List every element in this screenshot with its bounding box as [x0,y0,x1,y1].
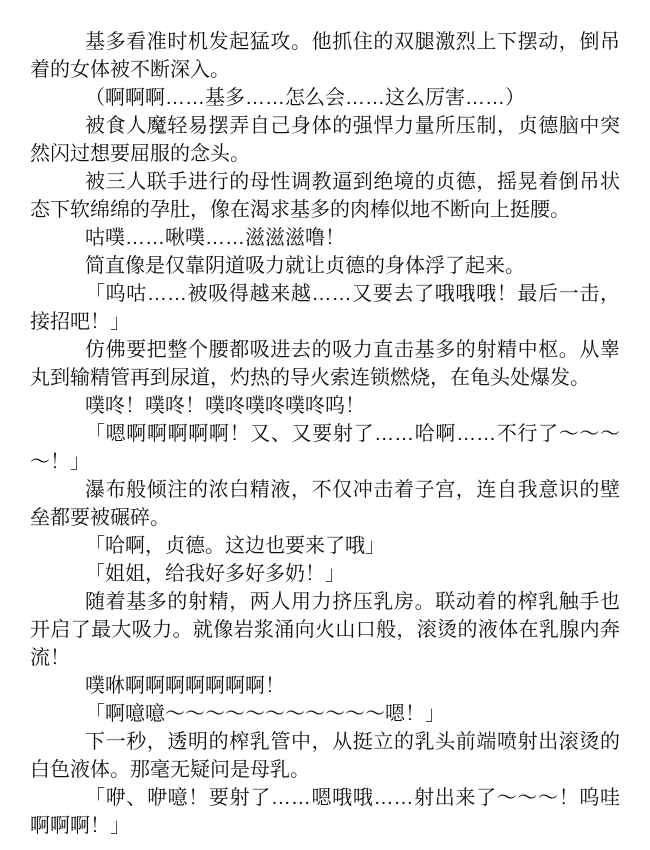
narration-paragraph: 随着基多的射精，两人用力挤压乳房。联动着的榨乳触手也开启了最大吸力。就像岩浆涌向… [30,588,620,672]
thought-paragraph: （啊啊啊……基多……怎么会……这么厉害……） [30,84,620,112]
dialogue-paragraph: 「咿、咿噫！要射了……嗯哦哦……射出来了～～～！呜哇啊啊啊！」 [30,784,620,840]
dialogue-paragraph: 「啊噫噫～～～～～～～～～～～嗯！」 [30,700,620,728]
narration-paragraph: 瀑布般倾注的浓白精液，不仅冲击着子宫，连自我意识的壁垒都要被碾碎。 [30,476,620,532]
narration-paragraph: 仿佛要把整个腰都吸进去的吸力直击基多的射精中枢。从睾丸到输精管再到尿道，灼热的导… [30,336,620,392]
narration-paragraph: 基多看准时机发起猛攻。他抓住的双腿激烈上下摆动，倒吊着的女体被不断深入。 [30,28,620,84]
narration-paragraph: 被食人魔轻易摆弄自己身体的强悍力量所压制，贞德脑中突然闪过想要屈服的念头。 [30,112,620,168]
narration-paragraph: 下一秒，透明的榨乳管中，从挺立的乳头前端喷射出滚烫的白色液体。那毫无疑问是母乳。 [30,728,620,784]
narration-paragraph: 被三人联手进行的母性调教逼到绝境的贞德，摇晃着倒吊状态下软绵绵的孕肚，像在渴求基… [30,168,620,224]
dialogue-paragraph: 「姐姐，给我好多好多奶！」 [30,560,620,588]
sfx-paragraph: 噗咻啊啊啊啊啊啊啊！ [30,672,620,700]
dialogue-paragraph: 「嗯啊啊啊啊啊！又、又要射了……哈啊……不行了～～～～！」 [30,420,620,476]
dialogue-paragraph: 「呜咕……被吸得越来越……又要去了哦哦哦！最后一击，接招吧！」 [30,280,620,336]
narration-paragraph: 简直像是仅靠阴道吸力就让贞德的身体浮了起来。 [30,252,620,280]
sfx-paragraph: 咕噗……啾噗……滋滋滋噜！ [30,224,620,252]
novel-page: 基多看准时机发起猛攻。他抓住的双腿激烈上下摆动，倒吊着的女体被不断深入。 （啊啊… [0,0,650,850]
dialogue-paragraph: 「哈啊，贞德。这边也要来了哦」 [30,532,620,560]
sfx-paragraph: 噗咚！噗咚！噗咚噗咚噗咚呜！ [30,392,620,420]
